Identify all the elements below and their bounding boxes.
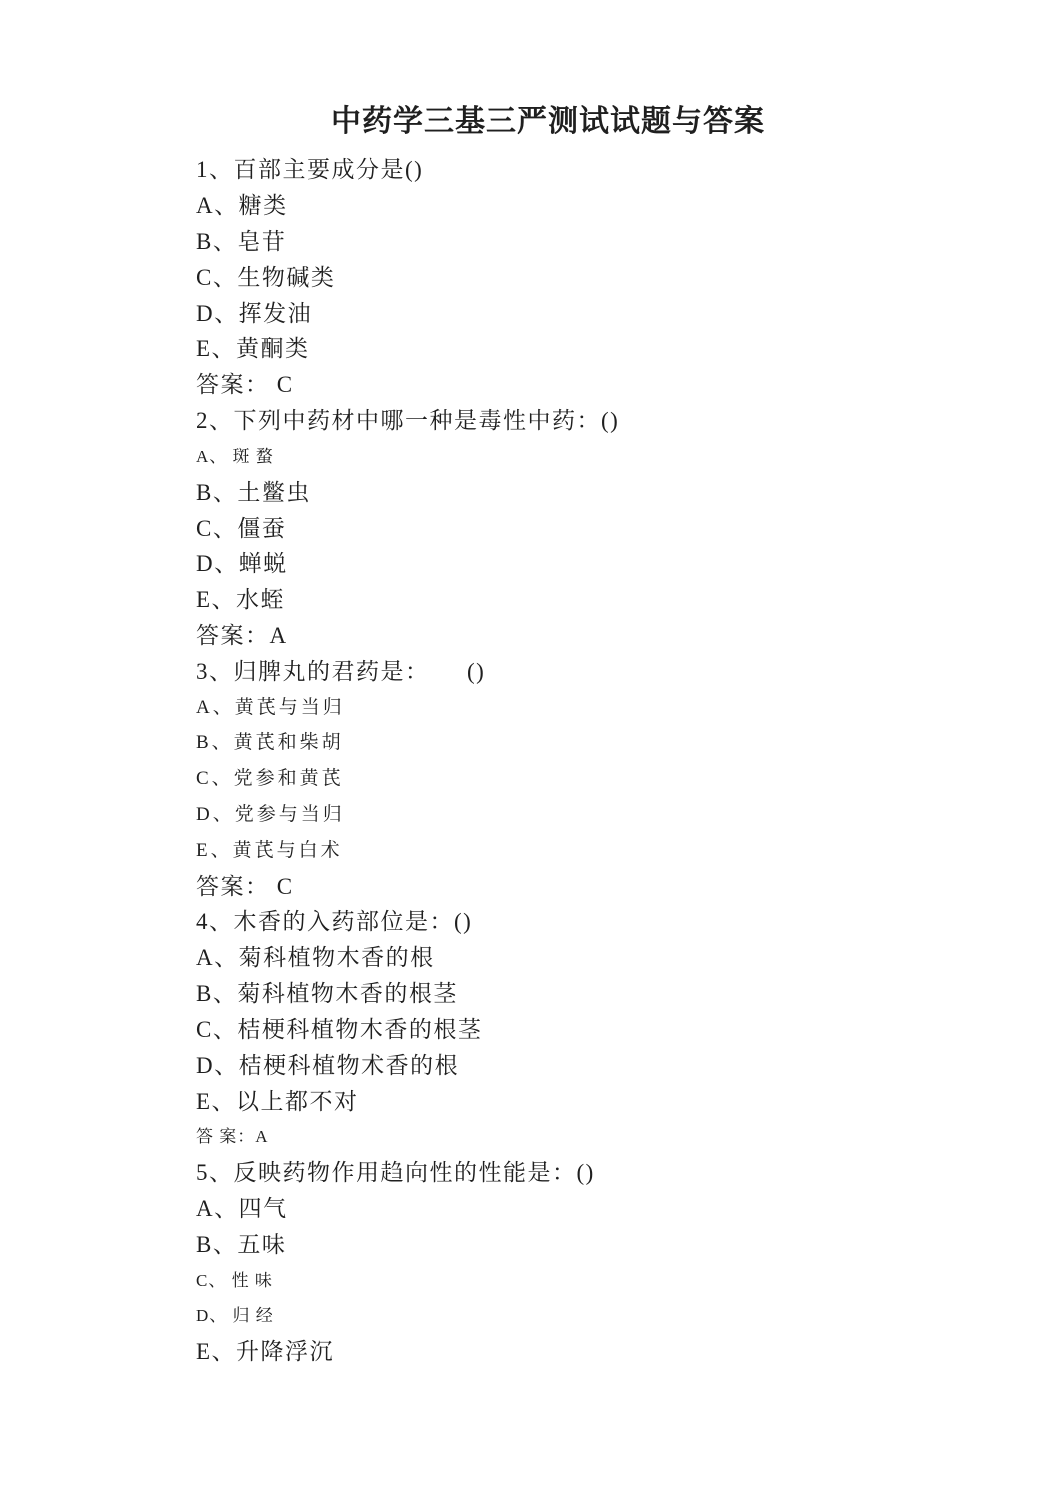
question-1-text: 1、百部主要成分是() <box>196 150 1006 186</box>
question-2-text: 2、下列中药材中哪一种是毒性中药：() <box>196 401 1006 437</box>
question-4-option-1: B、菊科植物木香的根茎 <box>196 974 1006 1010</box>
question-5-option-4: E、升降浮沉 <box>196 1332 1006 1368</box>
question-4-answer: 答 案：A <box>196 1117 1006 1153</box>
document-page: 中药学三基三严测试试题与答案 1、百部主要成分是()A、糖类B、皂苷C、生物碱类… <box>0 0 1056 1493</box>
question-3-answer: 答案： C <box>196 866 1006 902</box>
question-2-answer: 答案：A <box>196 616 1006 652</box>
question-3-option-3: D、党参与当归 <box>196 795 1006 831</box>
question-3-option-4: E、黄芪与白术 <box>196 830 1006 866</box>
question-5-option-3: D、 归 经 <box>196 1296 1006 1332</box>
question-2-option-4: E、水蛭 <box>196 580 1006 616</box>
question-5-option-2: C、 性 味 <box>196 1260 1006 1296</box>
question-2-option-1: B、土鳖虫 <box>196 472 1006 508</box>
question-4-option-3: D、桔梗科植物术香的根 <box>196 1045 1006 1081</box>
question-5-option-0: A、四气 <box>196 1189 1006 1225</box>
question-2-option-2: C、僵蚕 <box>196 508 1006 544</box>
question-3-option-0: A、黄芪与当归 <box>196 687 1006 723</box>
question-1-option-3: D、挥发油 <box>196 293 1006 329</box>
document-title: 中药学三基三严测试试题与答案 <box>0 0 1056 147</box>
question-1-option-4: E、黄酮类 <box>196 329 1006 365</box>
question-4-option-0: A、菊科植物木香的根 <box>196 938 1006 974</box>
question-2-option-3: D、蝉蜕 <box>196 544 1006 580</box>
question-3-option-2: C、党参和黄芪 <box>196 759 1006 795</box>
question-1-option-1: B、皂苷 <box>196 222 1006 258</box>
question-3-option-1: B、黄芪和柴胡 <box>196 723 1006 759</box>
questions-list: 1、百部主要成分是()A、糖类B、皂苷C、生物碱类D、挥发油E、黄酮类答案： C… <box>196 150 1006 1368</box>
question-5-option-1: B、五味 <box>196 1224 1006 1260</box>
question-5-text: 5、反映药物作用趋向性的性能是：() <box>196 1153 1006 1189</box>
question-4-option-2: C、桔梗科植物木香的根茎 <box>196 1010 1006 1046</box>
question-1-option-2: C、生物碱类 <box>196 257 1006 293</box>
question-3-text: 3、归脾丸的君药是： () <box>196 651 1006 687</box>
question-4-text: 4、木香的入药部位是：() <box>196 902 1006 938</box>
question-4-option-4: E、以上都不对 <box>196 1081 1006 1117</box>
question-1-option-0: A、糖类 <box>196 186 1006 222</box>
question-1-answer: 答案： C <box>196 365 1006 401</box>
question-2-option-0: A、 斑 蝥 <box>196 437 1006 473</box>
